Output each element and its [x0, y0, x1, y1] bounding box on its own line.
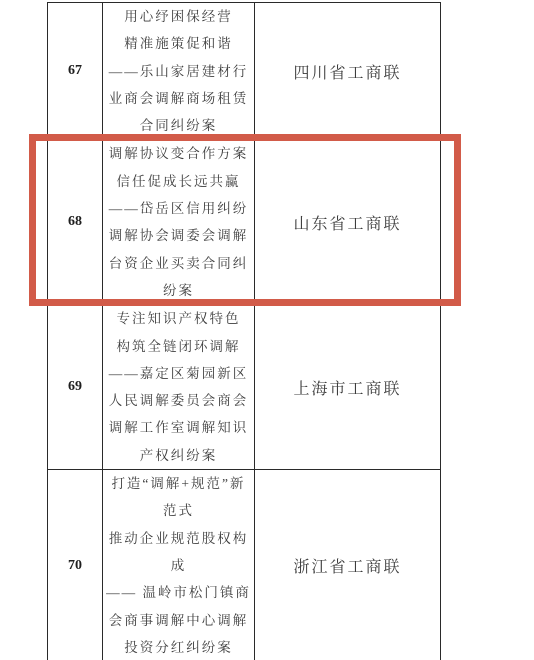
case-description-cell: 用心纾困保经营精准施策促和谐——乐山家居建材行业商会调解商场租赁合同纠纷案: [103, 3, 255, 139]
case-description-cell: 专注知识产权特色构筑全链闭环调解——嘉定区菊园新区人民调解委员会商会调解工作室调…: [103, 305, 255, 469]
case-line: 纷案: [163, 277, 194, 304]
case-line: 调解工作室调解知识: [109, 414, 249, 441]
case-line: ——岱岳区信用纠纷: [109, 195, 249, 222]
case-line: 台资企业买卖合同纠: [109, 250, 249, 277]
row-number-cell: 67: [48, 3, 103, 139]
case-line: 投资分红纠纷案: [124, 634, 233, 660]
case-line: 打造“调解+规范”新: [111, 470, 245, 497]
case-line: 精准施策促和谐: [124, 30, 233, 57]
document-page: 67 用心纾困保经营精准施策促和谐——乐山家居建材行业商会调解商场租赁合同纠纷案…: [0, 0, 534, 660]
case-line: 产权纠纷案: [140, 442, 218, 469]
table-row: 67 用心纾困保经营精准施策促和谐——乐山家居建材行业商会调解商场租赁合同纠纷案…: [48, 3, 440, 140]
row-number-cell: 70: [48, 470, 103, 660]
case-description-cell: 打造“调解+规范”新范式推动企业规范股权构成—— 温岭市松门镇商会商事调解中心调…: [103, 470, 255, 660]
case-line: 构筑全链闭环调解: [117, 333, 241, 360]
case-line: 范式: [163, 497, 194, 524]
case-line: 用心纾困保经营: [124, 3, 233, 30]
organization-cell: 四川省工商联: [255, 3, 440, 139]
table-row: 69 专注知识产权特色构筑全链闭环调解——嘉定区菊园新区人民调解委员会商会调解工…: [48, 305, 440, 470]
case-line: 业商会调解商场租赁: [109, 85, 249, 112]
organization-cell: 浙江省工商联: [255, 470, 440, 660]
case-line: 信任促成长远共赢: [117, 168, 241, 195]
case-line: 专注知识产权特色: [117, 305, 241, 332]
cases-table: 67 用心纾困保经营精准施策促和谐——乐山家居建材行业商会调解商场租赁合同纠纷案…: [47, 2, 441, 660]
case-line: ——嘉定区菊园新区: [109, 360, 249, 387]
table-row: 70 打造“调解+规范”新范式推动企业规范股权构成—— 温岭市松门镇商会商事调解…: [48, 470, 440, 660]
case-line: 人民调解委员会商会: [109, 387, 249, 414]
row-number-cell: 68: [48, 140, 103, 304]
case-line: 成: [171, 552, 187, 579]
case-line: 调解协会调委会调解: [109, 222, 249, 249]
case-line: ——乐山家居建材行: [109, 58, 249, 85]
organization-cell: 山东省工商联: [255, 140, 440, 304]
case-line: 合同纠纷案: [140, 112, 218, 139]
case-line: —— 温岭市松门镇商: [106, 579, 251, 606]
case-description-cell: 调解协议变合作方案信任促成长远共赢——岱岳区信用纠纷调解协会调委会调解台资企业买…: [103, 140, 255, 304]
case-line: 调解协议变合作方案: [109, 140, 249, 167]
case-line: 推动企业规范股权构: [109, 525, 249, 552]
organization-cell: 上海市工商联: [255, 305, 440, 469]
row-number-cell: 69: [48, 305, 103, 469]
case-line: 会商事调解中心调解: [109, 607, 249, 634]
table-row: 68 调解协议变合作方案信任促成长远共赢——岱岳区信用纠纷调解协会调委会调解台资…: [48, 140, 440, 305]
